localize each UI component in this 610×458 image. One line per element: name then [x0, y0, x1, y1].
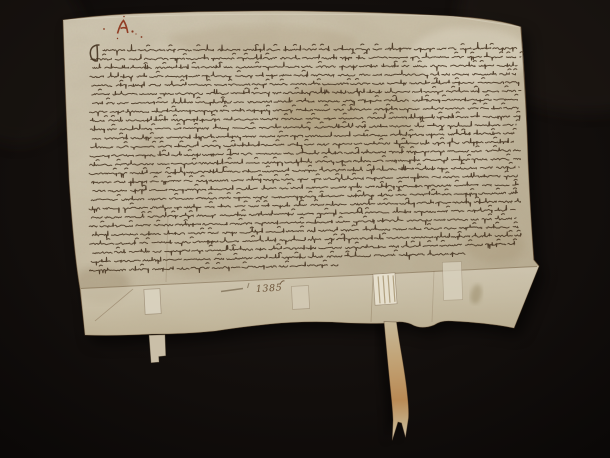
woven-strip [144, 289, 161, 315]
woven-strip [442, 262, 462, 301]
pleated-strip [373, 273, 397, 305]
charter-photo-canvas: 1385 [0, 0, 610, 458]
woven-strip [291, 286, 309, 310]
stain [165, 253, 245, 277]
stain [167, 26, 357, 58]
light-patch [140, 40, 200, 140]
charter-photo: 1385 [0, 0, 610, 458]
date-inscription: 1385 [256, 282, 283, 295]
